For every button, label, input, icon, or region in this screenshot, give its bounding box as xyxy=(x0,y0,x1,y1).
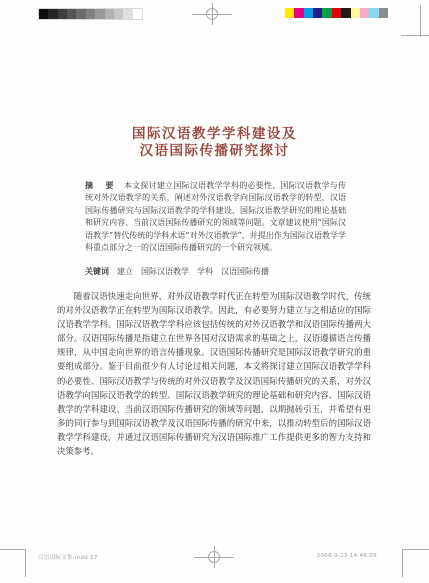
keywords-label: 关键词 xyxy=(85,267,109,276)
registration-crosshair-icon xyxy=(192,6,232,22)
footer-file-label: 汉语国际文集.indd 17 xyxy=(38,553,98,561)
calibration-swatch xyxy=(105,9,114,19)
footer-timestamp: 2008-9-23 14:46:09 xyxy=(317,553,377,559)
trim-mark-bottom-left-vertical xyxy=(25,549,26,577)
article-title: 国际汉语教学学科建设及 汉语国际传播研究探讨 xyxy=(0,126,429,159)
calibration-swatch xyxy=(48,9,57,19)
calibration-swatch xyxy=(360,8,369,18)
trim-mark-bottom-right-vertical xyxy=(402,549,403,577)
calibration-swatch xyxy=(304,8,313,18)
calibration-swatch xyxy=(285,8,294,18)
keywords-text: 建立 国际汉语教学 学科 汉语国际传播 xyxy=(117,267,269,276)
keywords-block: 关键词建立 国际汉语教学 学科 汉语国际传播 xyxy=(85,266,346,278)
calibration-swatch xyxy=(114,9,123,19)
calibration-swatch xyxy=(39,9,48,19)
crosshair-circle xyxy=(208,551,220,563)
calibration-swatch xyxy=(58,9,67,19)
trim-mark-bottom-left-horizontal xyxy=(0,549,26,550)
crosshair-circle xyxy=(206,8,218,20)
body-paragraph: 随着汉语快速走向世界，对外汉语教学时代正在转型为国际汉语教学时代，传统的对外汉语… xyxy=(57,289,371,458)
calibration-swatch xyxy=(313,8,322,18)
calibration-swatch xyxy=(332,8,341,18)
calibration-swatch xyxy=(86,9,95,19)
calibration-swatch xyxy=(379,8,388,18)
abstract-block: 摘 要 本文探讨建立国际汉语教学学科的必要性、国际汉语教学与传统对外汉语教学的关… xyxy=(85,180,346,254)
trim-mark-top-right-horizontal xyxy=(401,35,429,36)
registration-crosshair-bottom-icon xyxy=(194,549,234,565)
calibration-swatch xyxy=(133,9,142,19)
calibration-swatch xyxy=(369,8,378,18)
scanned-paper-page: 国际汉语教学学科建设及 汉语国际传播研究探讨 摘 要 本文探讨建立国际汉语教学学… xyxy=(0,0,429,583)
calibration-swatch xyxy=(294,8,303,18)
abstract-label: 摘 要 xyxy=(85,181,116,190)
calibration-swatch xyxy=(67,9,76,19)
grayscale-calibration-bar xyxy=(38,8,143,20)
abstract-text: 本文探讨建立国际汉语教学学科的必要性、国际汉语教学与传统对外汉语教学的关系，阐述… xyxy=(85,181,346,252)
trim-mark-top-right-vertical xyxy=(420,5,421,37)
calibration-swatch xyxy=(95,9,104,19)
color-calibration-bar xyxy=(285,8,388,18)
article-title-line-1: 国际汉语教学学科建设及 xyxy=(0,126,429,143)
calibration-swatch xyxy=(123,9,132,19)
trim-mark-bottom-right-horizontal xyxy=(403,549,429,550)
calibration-swatch xyxy=(322,8,331,18)
article-title-line-2: 汉语国际传播研究探讨 xyxy=(0,143,429,160)
calibration-swatch xyxy=(76,9,85,19)
calibration-swatch xyxy=(341,8,350,18)
calibration-swatch xyxy=(351,8,360,18)
